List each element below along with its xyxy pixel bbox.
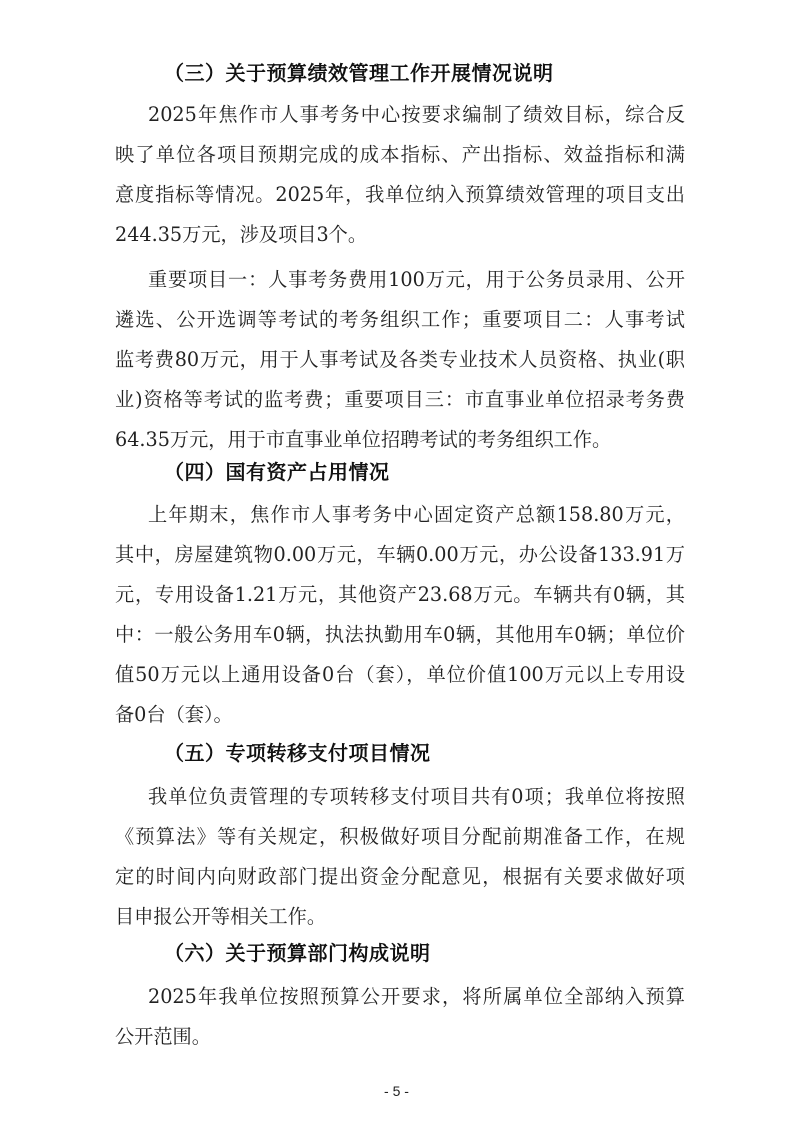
section-heading-state-assets: （四）国有资产占用情况 [164, 456, 390, 485]
paragraph-line: 64.35万元，用于市直事业单位招聘考试的考务组织工作。 [115, 425, 685, 452]
paragraph-line: 定的时间内向财政部门提出资金分配意见，根据有关要求做好项 [115, 862, 685, 889]
document-page: （三）关于预算绩效管理工作开展情况说明 2025年焦作市人事考务中心按要求编制了… [0, 0, 793, 1122]
paragraph-line: 中：一般公务用车0辆，执法执勤用车0辆，其他用车0辆；单位价 [115, 620, 685, 647]
paragraph-line: 我单位负责管理的专项转移支付项目共有0项；我单位将按照 [148, 782, 685, 809]
paragraph-line: 业)资格等考试的监考费；重要项目三：市直事业单位招录考务费 [115, 385, 685, 412]
section-heading-special-transfer-payments: （五）专项转移支付项目情况 [164, 737, 431, 766]
paragraph-line: 公开范围。 [115, 1022, 685, 1049]
section-heading-department-composition: （六）关于预算部门构成说明 [164, 937, 431, 966]
paragraph-line: 目申报公开等相关工作。 [115, 902, 685, 929]
paragraph-line: 其中，房屋建筑物0.00万元，车辆0.00万元，办公设备133.91万 [115, 540, 685, 567]
paragraph-line: 映了单位各项目预期完成的成本指标、产出指标、效益指标和满 [115, 140, 685, 167]
paragraph-line: 元，专用设备1.21万元，其他资产23.68万元。车辆共有0辆，其 [115, 580, 685, 607]
paragraph-line: 2025年我单位按照预算公开要求，将所属单位全部纳入预算 [148, 982, 685, 1009]
paragraph-line: 《预算法》等有关规定，积极做好项目分配前期准备工作，在规 [115, 822, 685, 849]
page-number: - 5 - [0, 1083, 793, 1099]
paragraph-line: 备0台（套）。 [115, 700, 685, 727]
paragraph-line: 值50万元以上通用设备0台（套），单位价值100万元以上专用设 [115, 660, 685, 687]
paragraph-line: 监考费80万元，用于人事考试及各类专业技术人员资格、执业(职 [115, 345, 685, 372]
paragraph-line: 遴选、公开选调等考试的考务组织工作；重要项目二：人事考试 [115, 305, 685, 332]
paragraph-line: 意度指标等情况。2025年，我单位纳入预算绩效管理的项目支出 [115, 180, 685, 207]
paragraph-line: 重要项目一：人事考务费用100万元，用于公务员录用、公开 [148, 265, 685, 292]
paragraph-line: 上年期末，焦作市人事考务中心固定资产总额158.80万元， [148, 500, 685, 527]
paragraph-line: 2025年焦作市人事考务中心按要求编制了绩效目标，综合反 [148, 100, 685, 127]
section-heading-performance-management: （三）关于预算绩效管理工作开展情况说明 [164, 57, 554, 86]
paragraph-line: 244.35万元，涉及项目3个。 [115, 220, 685, 247]
